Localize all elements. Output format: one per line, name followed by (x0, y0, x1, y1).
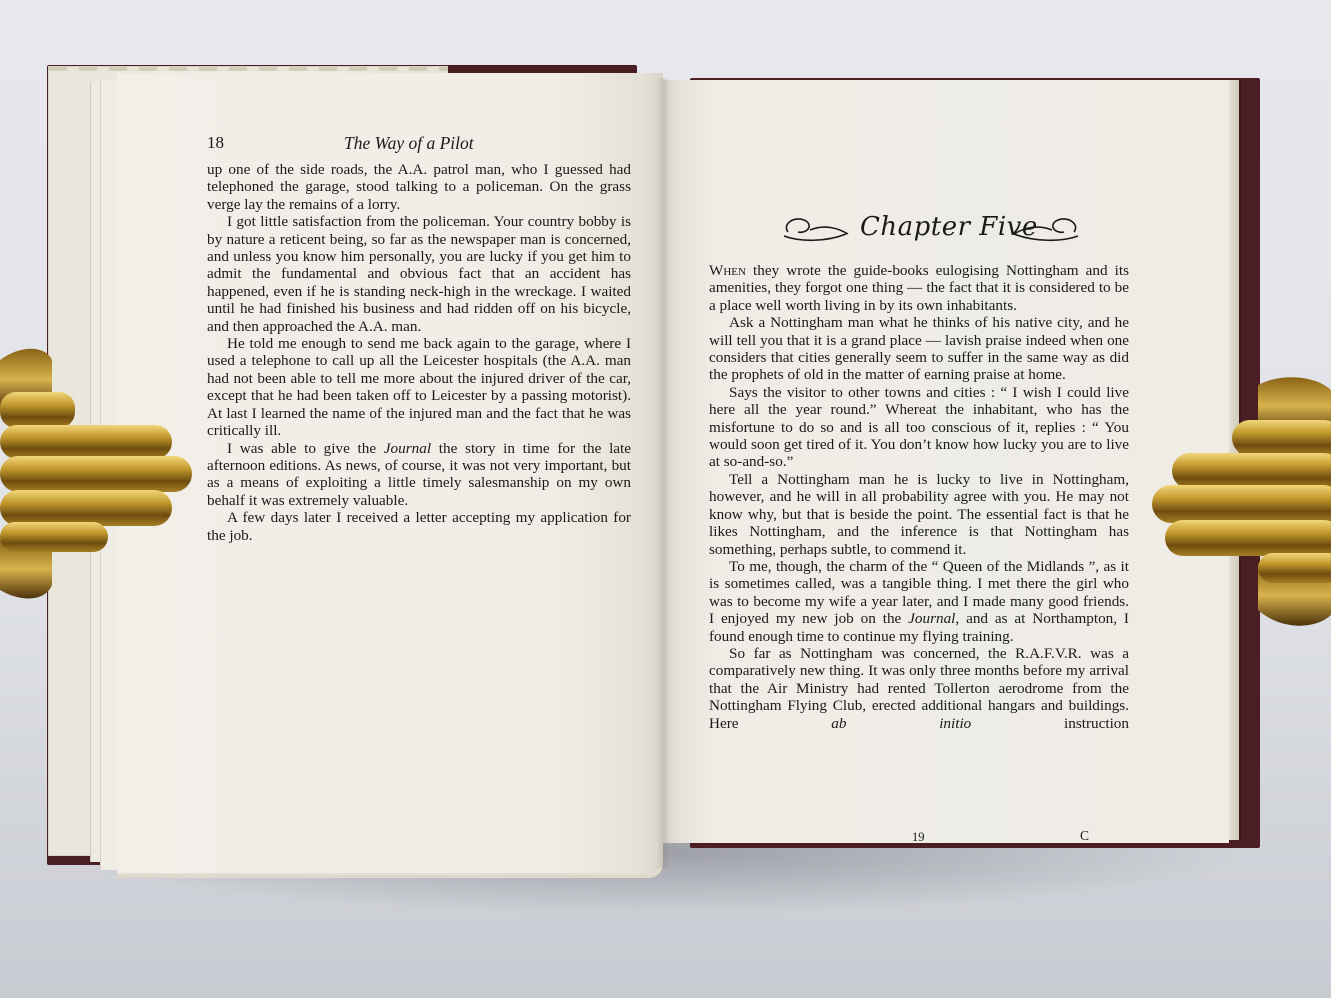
chapter-heading: Chapter Five (780, 208, 1080, 252)
paragraph: A few days later I received a letter acc… (207, 509, 631, 544)
paragraph: So far as Nottingham was concerned, the … (709, 645, 1129, 732)
right-page-body: When they wrote the guide-books eulogisi… (709, 262, 1129, 732)
paragraph: To me, though, the charm of the “ Queen … (709, 558, 1129, 645)
left-page-body: up one of the side roads, the A.A. patro… (207, 161, 631, 544)
book-photo: 18 The Way of a Pilot up one of the side… (0, 0, 1331, 998)
brass-hand-right-icon (1140, 375, 1331, 635)
drop-lead: When (709, 262, 746, 279)
italic-ab-initio: ab initio (831, 715, 971, 732)
running-head: 18 The Way of a Pilot (207, 130, 631, 154)
paragraph: Tell a Nottingham man he is lucky to liv… (709, 471, 1129, 558)
paragraph: He told me enough to send me back again … (207, 335, 631, 439)
flourish-left-icon (780, 212, 852, 246)
book-title-header: The Way of a Pilot (344, 133, 474, 154)
brass-hand-left-icon (0, 340, 200, 610)
italic-journal: Journal (908, 610, 955, 627)
paragraph: Says the visitor to other towns and citi… (709, 384, 1129, 471)
italic-journal: Journal (384, 440, 431, 457)
paragraph: Ask a Nottingham man what he thinks of h… (709, 314, 1129, 384)
book-gutter (656, 78, 670, 868)
paragraph: I got little satisfaction from the polic… (207, 213, 631, 335)
paragraph: I was able to give the Journal the story… (207, 440, 631, 510)
page-number-left: 18 (207, 133, 224, 153)
paragraph: When they wrote the guide-books eulogisi… (709, 262, 1129, 314)
flourish-right-icon (1010, 212, 1082, 246)
paragraph: up one of the side roads, the A.A. patro… (207, 161, 631, 213)
page-number-right: 19 (912, 830, 925, 845)
signature-mark: C (1080, 828, 1089, 844)
